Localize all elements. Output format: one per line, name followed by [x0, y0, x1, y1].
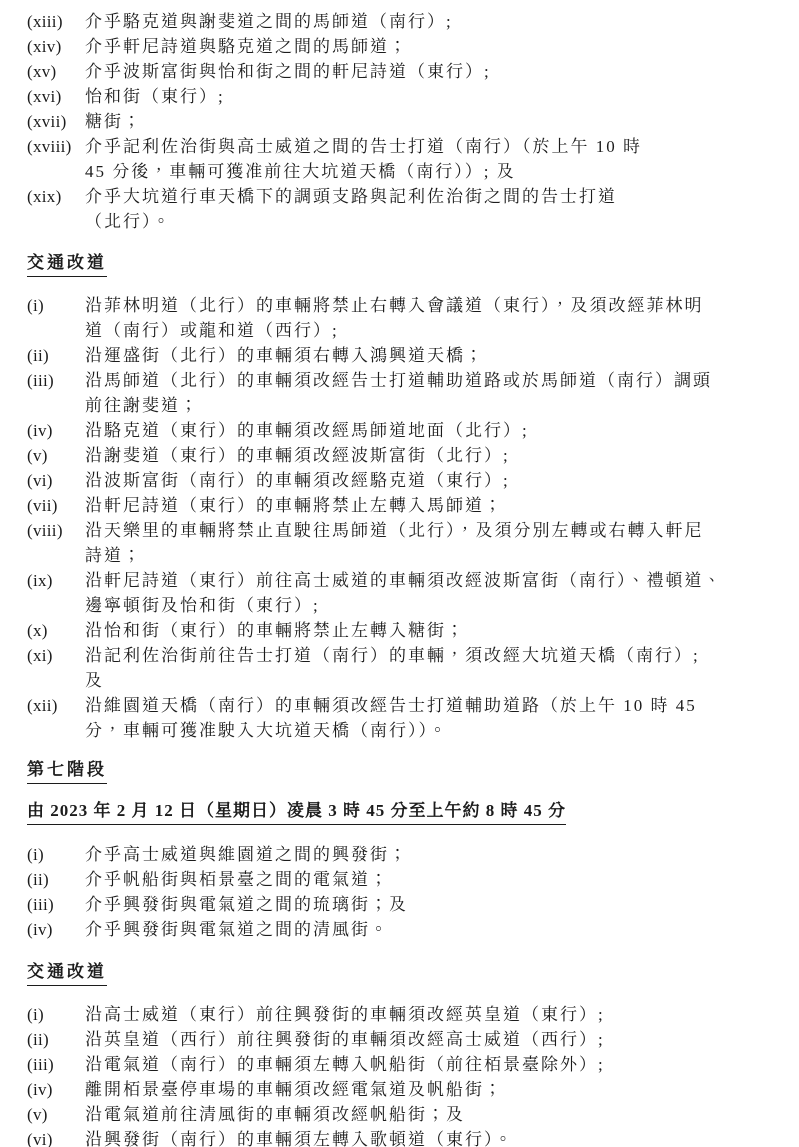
item-marker: (xiii)	[27, 9, 85, 34]
item-marker: (iii)	[27, 892, 85, 917]
item-text: 沿高士威道（東行）前往興發街的車輛須改經英皇道（東行）;	[85, 1002, 779, 1027]
item-text: 沿天樂里的車輛將禁止直駛往馬師道（北行），及須分別左轉或右轉入軒尼 詩道；	[85, 518, 779, 568]
list-item: (vi) 沿波斯富街（南行）的車輛須改經駱克道（東行）;	[27, 468, 779, 493]
list-item: (iii) 沿馬師道（北行）的車輛須改經告士打道輔助道路或於馬師道（南行）調頭 …	[27, 368, 779, 418]
item-marker: (iv)	[27, 418, 85, 443]
item-marker: (xvii)	[27, 109, 85, 134]
item-marker: (i)	[27, 293, 85, 318]
diversions-list-2: (i) 沿高士威道（東行）前往興發街的車輛須改經英皇道（東行）; (ii) 沿英…	[27, 1002, 779, 1147]
item-text: 沿駱克道（東行）的車輛須改經馬師道地面（北行）;	[85, 418, 779, 443]
list-item: (iii) 沿電氣道（南行）的車輛須左轉入帆船街（前往栢景臺除外）;	[27, 1052, 779, 1077]
heading-text: 第七階段	[27, 757, 107, 784]
list-item: (viii) 沿天樂里的車輛將禁止直駛往馬師道（北行），及須分別左轉或右轉入軒尼…	[27, 518, 779, 568]
item-marker: (xv)	[27, 59, 85, 84]
item-marker: (iv)	[27, 917, 85, 942]
list-item: (xii) 沿維園道天橋（南行）的車輛須改經告士打道輔助道路（於上午 10 時 …	[27, 693, 779, 743]
item-marker: (xiv)	[27, 34, 85, 59]
item-text: 介乎波斯富街與怡和街之間的軒尼詩道（東行）;	[85, 59, 779, 84]
item-marker: (v)	[27, 1102, 85, 1127]
item-text: 沿運盛街（北行）的車輛須右轉入鴻興道天橋；	[85, 343, 779, 368]
item-text: 沿怡和街（東行）的車輛將禁止左轉入糖街；	[85, 618, 779, 643]
item-text: 沿軒尼詩道（東行）前往高士威道的車輛須改經波斯富街（南行）、禮頓道、 邊寧頓街及…	[85, 568, 779, 618]
list-item: (xviii) 介乎記利佐治街與高士威道之間的告士打道（南行）（於上午 10 時…	[27, 134, 779, 184]
item-text: 沿英皇道（西行）前往興發街的車輛須改經高士威道（西行）;	[85, 1027, 779, 1052]
closed-roads-list-1: (xiii) 介乎駱克道與謝斐道之間的馬師道（南行）; (xiv) 介乎軒尼詩道…	[27, 9, 779, 234]
document-page: (xiii) 介乎駱克道與謝斐道之間的馬師道（南行）; (xiv) 介乎軒尼詩道…	[0, 0, 799, 1147]
heading-text: 交通改道	[27, 959, 107, 986]
item-marker: (xviii)	[27, 134, 85, 159]
list-item: (vii) 沿軒尼詩道（東行）的車輛將禁止左轉入馬師道；	[27, 493, 779, 518]
diversions-list-1: (i) 沿菲林明道（北行）的車輛將禁止右轉入會議道（東行），及須改經菲林明 道（…	[27, 293, 779, 743]
item-marker: (ii)	[27, 343, 85, 368]
item-text: 介乎興發街與電氣道之間的琉璃街；及	[85, 892, 779, 917]
list-item: (xvi) 怡和街（東行）;	[27, 84, 779, 109]
date-range-line: 由 2023 年 2 月 12 日（星期日）凌晨 3 時 45 分至上午約 8 …	[27, 798, 779, 825]
section-heading-traffic-diversion-2: 交通改道	[27, 959, 779, 986]
item-marker: (xix)	[27, 184, 85, 209]
item-text: 沿軒尼詩道（東行）的車輛將禁止左轉入馬師道；	[85, 493, 779, 518]
list-item: (iv) 離開栢景臺停車場的車輛須改經電氣道及帆船街；	[27, 1077, 779, 1102]
item-text: 介乎駱克道與謝斐道之間的馬師道（南行）;	[85, 9, 779, 34]
item-marker: (i)	[27, 1002, 85, 1027]
item-text: 沿波斯富街（南行）的車輛須改經駱克道（東行）;	[85, 468, 779, 493]
item-marker: (vii)	[27, 493, 85, 518]
list-item: (xi) 沿記利佐治街前往告士打道（南行）的車輛，須改經大坑道天橋（南行）; 及	[27, 643, 779, 693]
date-range-text: 由 2023 年 2 月 12 日（星期日）凌晨 3 時 45 分至上午約 8 …	[27, 798, 566, 825]
section-heading-phase-seven: 第七階段	[27, 757, 779, 784]
list-item: (v) 沿電氣道前往清風街的車輛須改經帆船街；及	[27, 1102, 779, 1127]
item-marker: (viii)	[27, 518, 85, 543]
list-item: (x) 沿怡和街（東行）的車輛將禁止左轉入糖街；	[27, 618, 779, 643]
item-marker: (xi)	[27, 643, 85, 668]
item-marker: (vi)	[27, 468, 85, 493]
item-marker: (v)	[27, 443, 85, 468]
closed-roads-list-2: (i) 介乎高士威道與維園道之間的興發街； (ii) 介乎帆船街與栢景臺之間的電…	[27, 842, 779, 942]
item-text: 沿維園道天橋（南行）的車輛須改經告士打道輔助道路（於上午 10 時 45 分，車…	[85, 693, 779, 743]
heading-text: 交通改道	[27, 250, 107, 277]
list-item: (ii) 介乎帆船街與栢景臺之間的電氣道；	[27, 867, 779, 892]
list-item: (vi) 沿興發街（南行）的車輛須左轉入歌頓道（東行）。	[27, 1127, 779, 1147]
list-item: (iv) 沿駱克道（東行）的車輛須改經馬師道地面（北行）;	[27, 418, 779, 443]
item-text: 離開栢景臺停車場的車輛須改經電氣道及帆船街；	[85, 1077, 779, 1102]
item-text: 沿電氣道（南行）的車輛須左轉入帆船街（前往栢景臺除外）;	[85, 1052, 779, 1077]
item-text: 介乎帆船街與栢景臺之間的電氣道；	[85, 867, 779, 892]
item-marker: (i)	[27, 842, 85, 867]
list-item: (iv) 介乎興發街與電氣道之間的清風街。	[27, 917, 779, 942]
list-item: (xiii) 介乎駱克道與謝斐道之間的馬師道（南行）;	[27, 9, 779, 34]
item-text: 怡和街（東行）;	[85, 84, 779, 109]
list-item: (xiv) 介乎軒尼詩道與駱克道之間的馬師道；	[27, 34, 779, 59]
list-item: (iii) 介乎興發街與電氣道之間的琉璃街；及	[27, 892, 779, 917]
item-text: 沿興發街（南行）的車輛須左轉入歌頓道（東行）。	[85, 1127, 779, 1147]
list-item: (xvii) 糖街；	[27, 109, 779, 134]
item-text: 沿電氣道前往清風街的車輛須改經帆船街；及	[85, 1102, 779, 1127]
item-marker: (iv)	[27, 1077, 85, 1102]
item-text: 沿謝斐道（東行）的車輛須改經波斯富街（北行）;	[85, 443, 779, 468]
item-text: 介乎軒尼詩道與駱克道之間的馬師道；	[85, 34, 779, 59]
item-marker: (ii)	[27, 1027, 85, 1052]
list-item: (ii) 沿運盛街（北行）的車輛須右轉入鴻興道天橋；	[27, 343, 779, 368]
item-marker: (xvi)	[27, 84, 85, 109]
list-item: (v) 沿謝斐道（東行）的車輛須改經波斯富街（北行）;	[27, 443, 779, 468]
list-item: (ix) 沿軒尼詩道（東行）前往高士威道的車輛須改經波斯富街（南行）、禮頓道、 …	[27, 568, 779, 618]
item-marker: (vi)	[27, 1127, 85, 1147]
item-text: 沿記利佐治街前往告士打道（南行）的車輛，須改經大坑道天橋（南行）; 及	[85, 643, 779, 693]
list-item: (i) 介乎高士威道與維園道之間的興發街；	[27, 842, 779, 867]
item-marker: (ix)	[27, 568, 85, 593]
list-item: (xix) 介乎大坑道行車天橋下的調頭支路與記利佐治街之間的告士打道 （北行）。	[27, 184, 779, 234]
item-text: 介乎高士威道與維園道之間的興發街；	[85, 842, 779, 867]
list-item: (xv) 介乎波斯富街與怡和街之間的軒尼詩道（東行）;	[27, 59, 779, 84]
item-text: 沿菲林明道（北行）的車輛將禁止右轉入會議道（東行），及須改經菲林明 道（南行）或…	[85, 293, 779, 343]
list-item: (i) 沿菲林明道（北行）的車輛將禁止右轉入會議道（東行），及須改經菲林明 道（…	[27, 293, 779, 343]
item-text: 糖街；	[85, 109, 779, 134]
item-text: 介乎記利佐治街與高士威道之間的告士打道（南行）（於上午 10 時 45 分後，車…	[85, 134, 779, 184]
item-marker: (iii)	[27, 368, 85, 393]
item-marker: (x)	[27, 618, 85, 643]
item-marker: (xii)	[27, 693, 85, 718]
item-text: 介乎大坑道行車天橋下的調頭支路與記利佐治街之間的告士打道 （北行）。	[85, 184, 779, 234]
item-text: 沿馬師道（北行）的車輛須改經告士打道輔助道路或於馬師道（南行）調頭 前往謝斐道；	[85, 368, 779, 418]
list-item: (i) 沿高士威道（東行）前往興發街的車輛須改經英皇道（東行）;	[27, 1002, 779, 1027]
item-text: 介乎興發街與電氣道之間的清風街。	[85, 917, 779, 942]
section-heading-traffic-diversion-1: 交通改道	[27, 250, 779, 277]
list-item: (ii) 沿英皇道（西行）前往興發街的車輛須改經高士威道（西行）;	[27, 1027, 779, 1052]
item-marker: (iii)	[27, 1052, 85, 1077]
item-marker: (ii)	[27, 867, 85, 892]
